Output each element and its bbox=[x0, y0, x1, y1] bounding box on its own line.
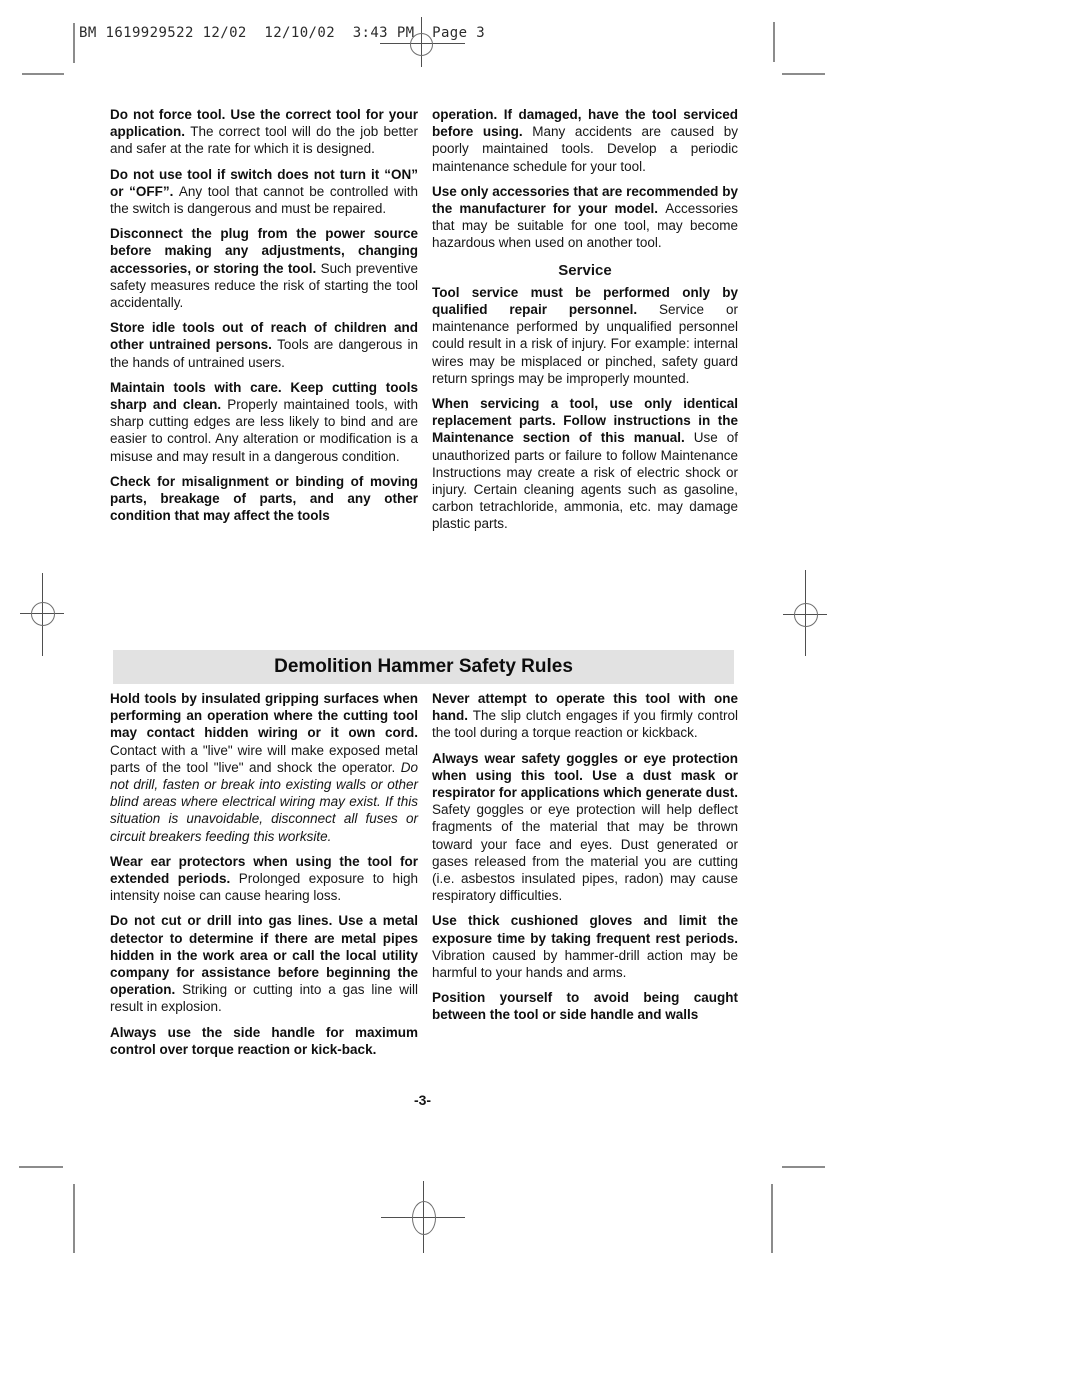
paragraph: Position yourself to avoid being caught … bbox=[432, 989, 738, 1023]
paragraph: Tool service must be performed only by q… bbox=[432, 284, 738, 387]
paragraph: Store idle tools out of reach of childre… bbox=[110, 319, 418, 371]
crop-mark-top-left-horizontal bbox=[22, 73, 64, 75]
registration-mark-top-circle bbox=[410, 33, 433, 56]
paragraph-lead: Always wear safety goggles or eye protec… bbox=[432, 751, 738, 800]
paragraph: Use thick cushioned gloves and limit the… bbox=[432, 912, 738, 981]
general-safety-right-column: operation. If damaged, have the tool ser… bbox=[432, 106, 738, 541]
paragraph: Maintain tools with care. Keep cutting t… bbox=[110, 379, 418, 465]
paragraph-body: Safety goggles or eye protection will he… bbox=[432, 802, 738, 903]
paragraph-body: The slip clutch engages if you firmly co… bbox=[432, 708, 738, 740]
paragraph: Disconnect the plug from the power sourc… bbox=[110, 225, 418, 311]
paragraph-lead: When servicing a tool, use only identica… bbox=[432, 396, 738, 445]
paragraph: Hold tools by insulated gripping surface… bbox=[110, 690, 418, 845]
paragraph-lead: Check for misalignment or binding of mov… bbox=[110, 474, 418, 523]
crop-mark-top-left-vertical bbox=[73, 23, 75, 63]
paragraph: Always use the side handle for maximum c… bbox=[110, 1024, 418, 1058]
paragraph: operation. If damaged, have the tool ser… bbox=[432, 106, 738, 175]
safety-rules-title: Demolition Hammer Safety Rules bbox=[274, 656, 573, 678]
paragraph-lead: Always use the side handle for maximum c… bbox=[110, 1025, 418, 1057]
page-number: -3- bbox=[0, 1092, 845, 1108]
paragraph: Do not cut or drill into gas lines. Use … bbox=[110, 912, 418, 1015]
paragraph: Do not force tool. Use the correct tool … bbox=[110, 106, 418, 158]
service-section-heading: Service bbox=[432, 262, 738, 279]
paragraph: Check for misalignment or binding of mov… bbox=[110, 473, 418, 525]
registration-mark-bottom-ellipse bbox=[412, 1201, 436, 1235]
paragraph: Do not use tool if switch does not turn … bbox=[110, 166, 418, 218]
crop-mark-top-right-horizontal bbox=[782, 73, 825, 75]
registration-mark-right-circle bbox=[794, 603, 818, 627]
hammer-rules-left-column: Hold tools by insulated gripping surface… bbox=[110, 690, 418, 1066]
paragraph: Wear ear protectors when using the tool … bbox=[110, 853, 418, 905]
manual-page: BM 1619929522 12/02 12/10/02 3:43 PM Pag… bbox=[0, 0, 1080, 1397]
paragraph-body: Vibration caused by hammer-drill action … bbox=[432, 948, 738, 980]
safety-rules-banner: Demolition Hammer Safety Rules bbox=[113, 650, 734, 684]
paragraph-lead: Position yourself to avoid being caught … bbox=[432, 990, 738, 1022]
crop-mark-top-right-vertical bbox=[773, 22, 775, 62]
paragraph: Never attempt to operate this tool with … bbox=[432, 690, 738, 742]
paragraph-body: Use of unauthorized parts or failure to … bbox=[432, 430, 738, 531]
crop-mark-bottom-left-vertical bbox=[73, 1184, 75, 1253]
crop-mark-bottom-left-horizontal bbox=[19, 1166, 63, 1168]
paragraph-lead: Hold tools by insulated gripping surface… bbox=[110, 691, 418, 740]
paragraph-body: Contact with a "live" wire will make exp… bbox=[110, 743, 418, 775]
general-safety-left-column: Do not force tool. Use the correct tool … bbox=[110, 106, 418, 532]
hammer-rules-right-column: Never attempt to operate this tool with … bbox=[432, 690, 738, 1032]
paragraph: Always wear safety goggles or eye protec… bbox=[432, 750, 738, 905]
crop-mark-bottom-right-vertical bbox=[771, 1184, 773, 1253]
paragraph-lead: Use thick cushioned gloves and limit the… bbox=[432, 913, 738, 945]
crop-mark-bottom-right-horizontal bbox=[782, 1166, 825, 1168]
paragraph: When servicing a tool, use only identica… bbox=[432, 395, 738, 533]
registration-mark-left-circle bbox=[31, 602, 55, 626]
paragraph: Use only accessories that are recommende… bbox=[432, 183, 738, 252]
